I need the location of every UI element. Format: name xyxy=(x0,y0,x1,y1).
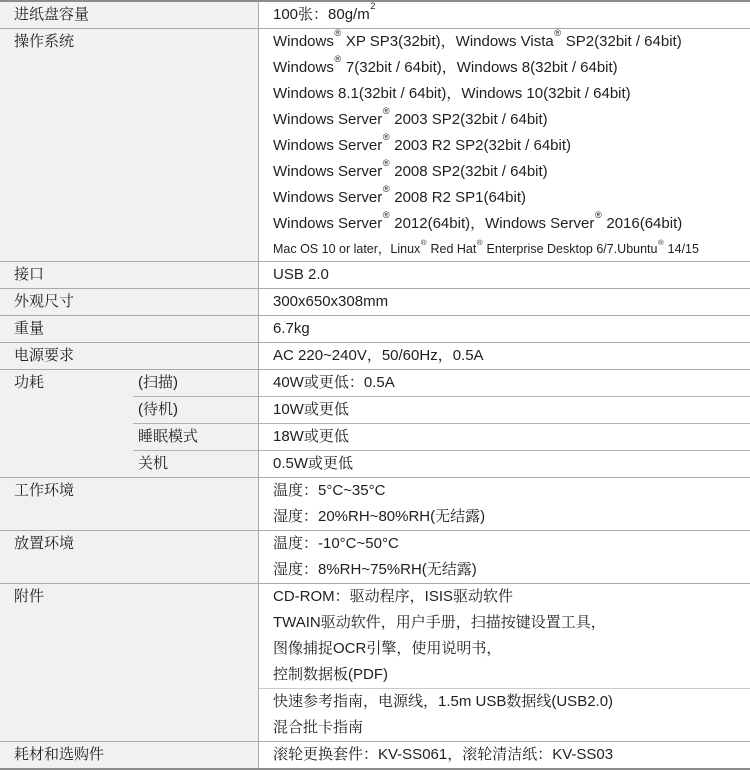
row-label: 电源要求 xyxy=(0,343,258,369)
registered-mark: ® xyxy=(595,211,602,220)
spec-value-line: 100张：80g/m2 xyxy=(258,2,750,28)
spec-value-line: Windows Server® 2008 R2 SP1(64bit) xyxy=(258,185,750,211)
spec-value-line: Mac OS 10 or later，Linux® Red Hat® Enter… xyxy=(258,237,750,261)
spec-subrow: (待机)10W或更低 xyxy=(133,396,750,423)
registered-mark: ® xyxy=(334,29,341,38)
spec-value-line: 6.7kg xyxy=(258,316,750,342)
superscript-2: 2 xyxy=(370,2,375,11)
row-label: 进纸盘容量 xyxy=(0,2,258,28)
spec-value-line: USB 2.0 xyxy=(258,262,750,288)
spec-row: 重量6.7kg xyxy=(0,315,750,342)
spec-table: 进纸盘容量100张：80g/m2操作系统Windows® XP SP3(32bi… xyxy=(0,0,750,770)
spec-value-line: 混合批卡指南 xyxy=(258,715,750,741)
spec-value-line: 温度：-10°C~50°C xyxy=(258,531,750,557)
registered-mark: ® xyxy=(383,159,390,168)
spec-row: 外观尺寸300x650x308mm xyxy=(0,288,750,315)
spec-value-line: 控制数据板(PDF) xyxy=(258,662,750,688)
row-value: 温度：-10°C~50°C湿度：8%RH~75%RH(无结露) xyxy=(258,531,750,583)
spec-row: 工作环境温度：5°C~35°C湿度：20%RH~80%RH(无结露) xyxy=(0,477,750,530)
row-label: 接口 xyxy=(0,262,258,288)
spec-value-line: AC 220~240V，50/60Hz，0.5A xyxy=(258,343,750,369)
subrow-value: 18W或更低 xyxy=(258,424,750,450)
spec-subrow: 关机0.5W或更低 xyxy=(133,450,750,477)
value-block: 快速参考指南，电源线，1.5m USB数据线(USB2.0)混合批卡指南 xyxy=(258,688,750,741)
registered-mark: ® xyxy=(383,107,390,116)
spec-subrow: (扫描)40W或更低：0.5A xyxy=(133,370,750,396)
spec-value-line: TWAIN驱动软件，用户手册，扫描按键设置工具， xyxy=(258,610,750,636)
row-label: 重量 xyxy=(0,316,258,342)
spec-value-line: 图像捕捉OCR引擎，使用说明书， xyxy=(258,636,750,662)
registered-mark: ® xyxy=(334,55,341,64)
spec-row: 耗材和选购件滚轮更换套件：KV-SS061，滚轮清洁纸：KV-SS03 xyxy=(0,741,750,768)
value-block: CD-ROM：驱动程序，ISIS驱动软件TWAIN驱动软件，用户手册，扫描按键设… xyxy=(258,584,750,688)
spec-value-line: 10W或更低 xyxy=(258,397,750,423)
subrows-column: (扫描)40W或更低：0.5A(待机)10W或更低睡眠模式18W或更低关机0.5… xyxy=(133,370,750,477)
subrow-label: (待机) xyxy=(133,397,258,423)
subrow-value: 10W或更低 xyxy=(258,397,750,423)
row-value: USB 2.0 xyxy=(258,262,750,288)
row-value: AC 220~240V，50/60Hz，0.5A xyxy=(258,343,750,369)
spec-row: 附件CD-ROM：驱动程序，ISIS驱动软件TWAIN驱动软件，用户手册，扫描按… xyxy=(0,583,750,741)
spec-value-line: Windows® XP SP3(32bit)，Windows Vista® SP… xyxy=(258,29,750,55)
spec-value-line: 快速参考指南，电源线，1.5m USB数据线(USB2.0) xyxy=(258,689,750,715)
spec-value-line: 300x650x308mm xyxy=(258,289,750,315)
subrow-label: (扫描) xyxy=(133,370,258,396)
registered-mark: ® xyxy=(421,238,427,247)
spec-page: 进纸盘容量100张：80g/m2操作系统Windows® XP SP3(32bi… xyxy=(0,0,750,770)
row-label: 附件 xyxy=(0,584,258,741)
spec-value-line: Windows 8.1(32bit / 64bit)，Windows 10(32… xyxy=(258,81,750,107)
row-value: 6.7kg xyxy=(258,316,750,342)
row-label: 工作环境 xyxy=(0,478,258,530)
subrow-label: 关机 xyxy=(133,451,258,477)
row-value: CD-ROM：驱动程序，ISIS驱动软件TWAIN驱动软件，用户手册，扫描按键设… xyxy=(258,584,750,741)
spec-value-line: 湿度：20%RH~80%RH(无结露) xyxy=(258,504,750,530)
row-label: 耗材和选购件 xyxy=(0,742,258,768)
registered-mark: ® xyxy=(477,238,483,247)
row-value: 滚轮更换套件：KV-SS061，滚轮清洁纸：KV-SS03 xyxy=(258,742,750,768)
spec-value-line: Windows Server® 2003 R2 SP2(32bit / 64bi… xyxy=(258,133,750,159)
column-divider xyxy=(258,2,259,768)
subrow-value: 40W或更低：0.5A xyxy=(258,370,750,396)
row-value: 300x650x308mm xyxy=(258,289,750,315)
registered-mark: ® xyxy=(658,238,664,247)
row-label: 放置环境 xyxy=(0,531,258,583)
subrow-value: 0.5W或更低 xyxy=(258,451,750,477)
spec-value-line: 温度：5°C~35°C xyxy=(258,478,750,504)
row-label: 功耗 xyxy=(0,370,133,477)
registered-mark: ® xyxy=(554,29,561,38)
spec-row: 功耗(扫描)40W或更低：0.5A(待机)10W或更低睡眠模式18W或更低关机0… xyxy=(0,369,750,477)
spec-subrow: 睡眠模式18W或更低 xyxy=(133,423,750,450)
spec-value-line: CD-ROM：驱动程序，ISIS驱动软件 xyxy=(258,584,750,610)
spec-row: 进纸盘容量100张：80g/m2 xyxy=(0,2,750,28)
row-value: 100张：80g/m2 xyxy=(258,2,750,28)
spec-row: 接口USB 2.0 xyxy=(0,261,750,288)
spec-row: 电源要求AC 220~240V，50/60Hz，0.5A xyxy=(0,342,750,369)
row-label: 操作系统 xyxy=(0,29,258,261)
spec-row: 操作系统Windows® XP SP3(32bit)，Windows Vista… xyxy=(0,28,750,261)
spec-value-line: 0.5W或更低 xyxy=(258,451,750,477)
row-value: 温度：5°C~35°C湿度：20%RH~80%RH(无结露) xyxy=(258,478,750,530)
spec-value-line: 滚轮更换套件：KV-SS061，滚轮清洁纸：KV-SS03 xyxy=(258,742,750,768)
row-value: Windows® XP SP3(32bit)，Windows Vista® SP… xyxy=(258,29,750,261)
spec-row: 放置环境温度：-10°C~50°C湿度：8%RH~75%RH(无结露) xyxy=(0,530,750,583)
spec-value-line: 湿度：8%RH~75%RH(无结露) xyxy=(258,557,750,583)
spec-value-line: Windows Server® 2012(64bit)，Windows Serv… xyxy=(258,211,750,237)
row-label: 外观尺寸 xyxy=(0,289,258,315)
spec-value-line: Windows Server® 2008 SP2(32bit / 64bit) xyxy=(258,159,750,185)
registered-mark: ® xyxy=(383,185,390,194)
subrow-label: 睡眠模式 xyxy=(133,424,258,450)
spec-value-line: Windows Server® 2003 SP2(32bit / 64bit) xyxy=(258,107,750,133)
spec-value-line: 40W或更低：0.5A xyxy=(258,370,750,396)
registered-mark: ® xyxy=(383,211,390,220)
spec-rows: 进纸盘容量100张：80g/m2操作系统Windows® XP SP3(32bi… xyxy=(0,2,750,768)
spec-value-line: 18W或更低 xyxy=(258,424,750,450)
spec-value-line: Windows® 7(32bit / 64bit)，Windows 8(32bi… xyxy=(258,55,750,81)
registered-mark: ® xyxy=(383,133,390,142)
